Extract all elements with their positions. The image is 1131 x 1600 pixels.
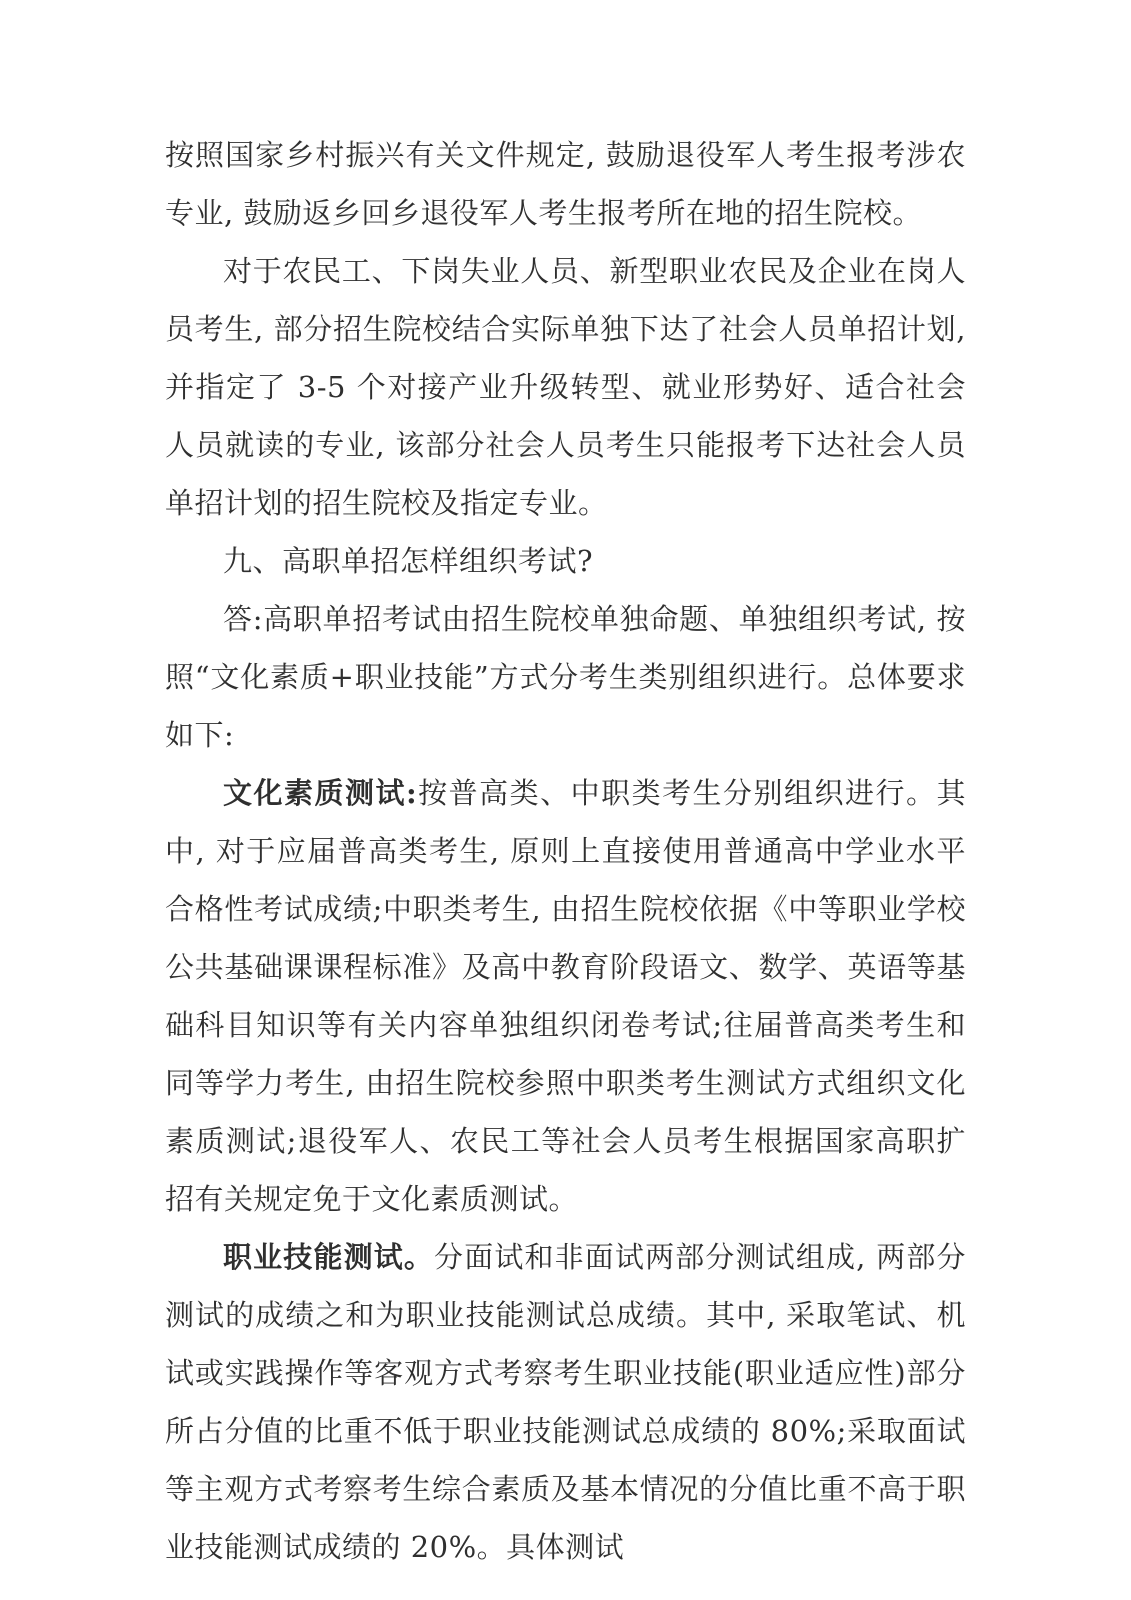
text-run: 对于农民工、下岗失业人员、新型职业农民及企业在岗人员考生, 部分招生院校结合实际…	[165, 254, 966, 520]
text-run: 分面试和非面试两部分测试组成, 两部分测试的成绩之和为职业技能测试总成绩。其中,…	[165, 1240, 966, 1564]
bold-run: 文化素质测试:	[223, 776, 417, 810]
text-run: 按照国家乡村振兴有关文件规定, 鼓励退役军人考生报考涉农专业, 鼓励返乡回乡退役…	[165, 138, 966, 230]
bold-run: 职业技能测试。	[223, 1240, 434, 1274]
text-run: 答:高职单招考试由招生院校单独命题、单独组织考试, 按照“文化素质+职业技能”方…	[165, 602, 966, 752]
paragraph: 九、高职单招怎样组织考试?	[165, 532, 966, 590]
paragraph: 职业技能测试。分面试和非面试两部分测试组成, 两部分测试的成绩之和为职业技能测试…	[165, 1228, 966, 1576]
text-run: 九、高职单招怎样组织考试?	[223, 544, 593, 578]
paragraph: 对于农民工、下岗失业人员、新型职业农民及企业在岗人员考生, 部分招生院校结合实际…	[165, 242, 966, 532]
paragraph: 答:高职单招考试由招生院校单独命题、单独组织考试, 按照“文化素质+职业技能”方…	[165, 590, 966, 764]
document-body: 按照国家乡村振兴有关文件规定, 鼓励退役军人考生报考涉农专业, 鼓励返乡回乡退役…	[165, 126, 966, 1576]
document-page: 按照国家乡村振兴有关文件规定, 鼓励退役军人考生报考涉农专业, 鼓励返乡回乡退役…	[0, 0, 1131, 1600]
paragraph: 文化素质测试:按普高类、中职类考生分别组织进行。其中, 对于应届普高类考生, 原…	[165, 764, 966, 1228]
text-run: 按普高类、中职类考生分别组织进行。其中, 对于应届普高类考生, 原则上直接使用普…	[165, 776, 966, 1216]
paragraph: 按照国家乡村振兴有关文件规定, 鼓励退役军人考生报考涉农专业, 鼓励返乡回乡退役…	[165, 126, 966, 242]
